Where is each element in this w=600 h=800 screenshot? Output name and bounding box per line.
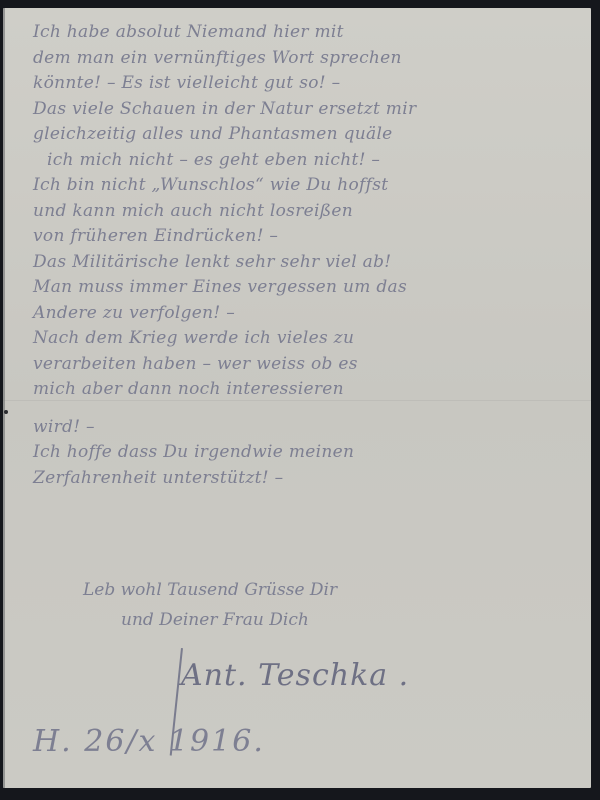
- body-line-1: Ich habe absolut Niemand hier mit: [33, 20, 573, 46]
- body-line-17: Ich hoffe dass Du irgendwie meinen: [33, 440, 573, 466]
- letter-page: Ich habe absolut Niemand hier mit dem ma…: [3, 8, 591, 788]
- letter-body: Ich habe absolut Niemand hier mit dem ma…: [33, 20, 573, 491]
- closing-line-1: Leb wohl Tausend Grüsse Dir: [83, 580, 337, 600]
- body-line-10: Das Militärische lenkt sehr sehr viel ab…: [33, 250, 573, 276]
- body-line-14: verarbeiten haben – wer weiss ob es: [33, 352, 573, 378]
- body-line-16: wird! –: [33, 415, 573, 441]
- body-line-13: Nach dem Krieg werde ich vieles zu: [33, 326, 573, 352]
- body-line-5: gleichzeitig alles und Phantasmen quäle: [33, 122, 573, 148]
- body-line-11: Man muss immer Eines vergessen um das: [33, 275, 573, 301]
- closing-line-2: und Deiner Frau Dich: [121, 610, 309, 630]
- body-line-12: Andere zu verfolgen! –: [33, 301, 573, 327]
- body-line-4: Das viele Schauen in der Natur ersetzt m…: [33, 97, 573, 123]
- body-line-15: mich aber dann noch interessieren: [33, 377, 573, 403]
- body-line-8: und kann mich auch nicht losreißen: [33, 199, 573, 225]
- body-line-9: von früheren Eindrücken! –: [33, 224, 573, 250]
- page-left-edge: [3, 8, 5, 788]
- body-line-18: Zerfahrenheit unterstützt! –: [33, 466, 573, 492]
- letter-date: H. 26/x 1916.: [33, 724, 265, 759]
- fold-mark: [4, 410, 8, 414]
- body-line-3: könnte! – Es ist vielleicht gut so! –: [33, 71, 573, 97]
- body-line-7: Ich bin nicht „Wunschlos“ wie Du hoffst: [33, 173, 573, 199]
- signature: Ant. Teschka .: [181, 658, 409, 693]
- body-line-2: dem man ein vernünftiges Wort sprechen: [33, 46, 573, 72]
- body-line-6: ich mich nicht – es geht eben nicht! –: [33, 148, 573, 174]
